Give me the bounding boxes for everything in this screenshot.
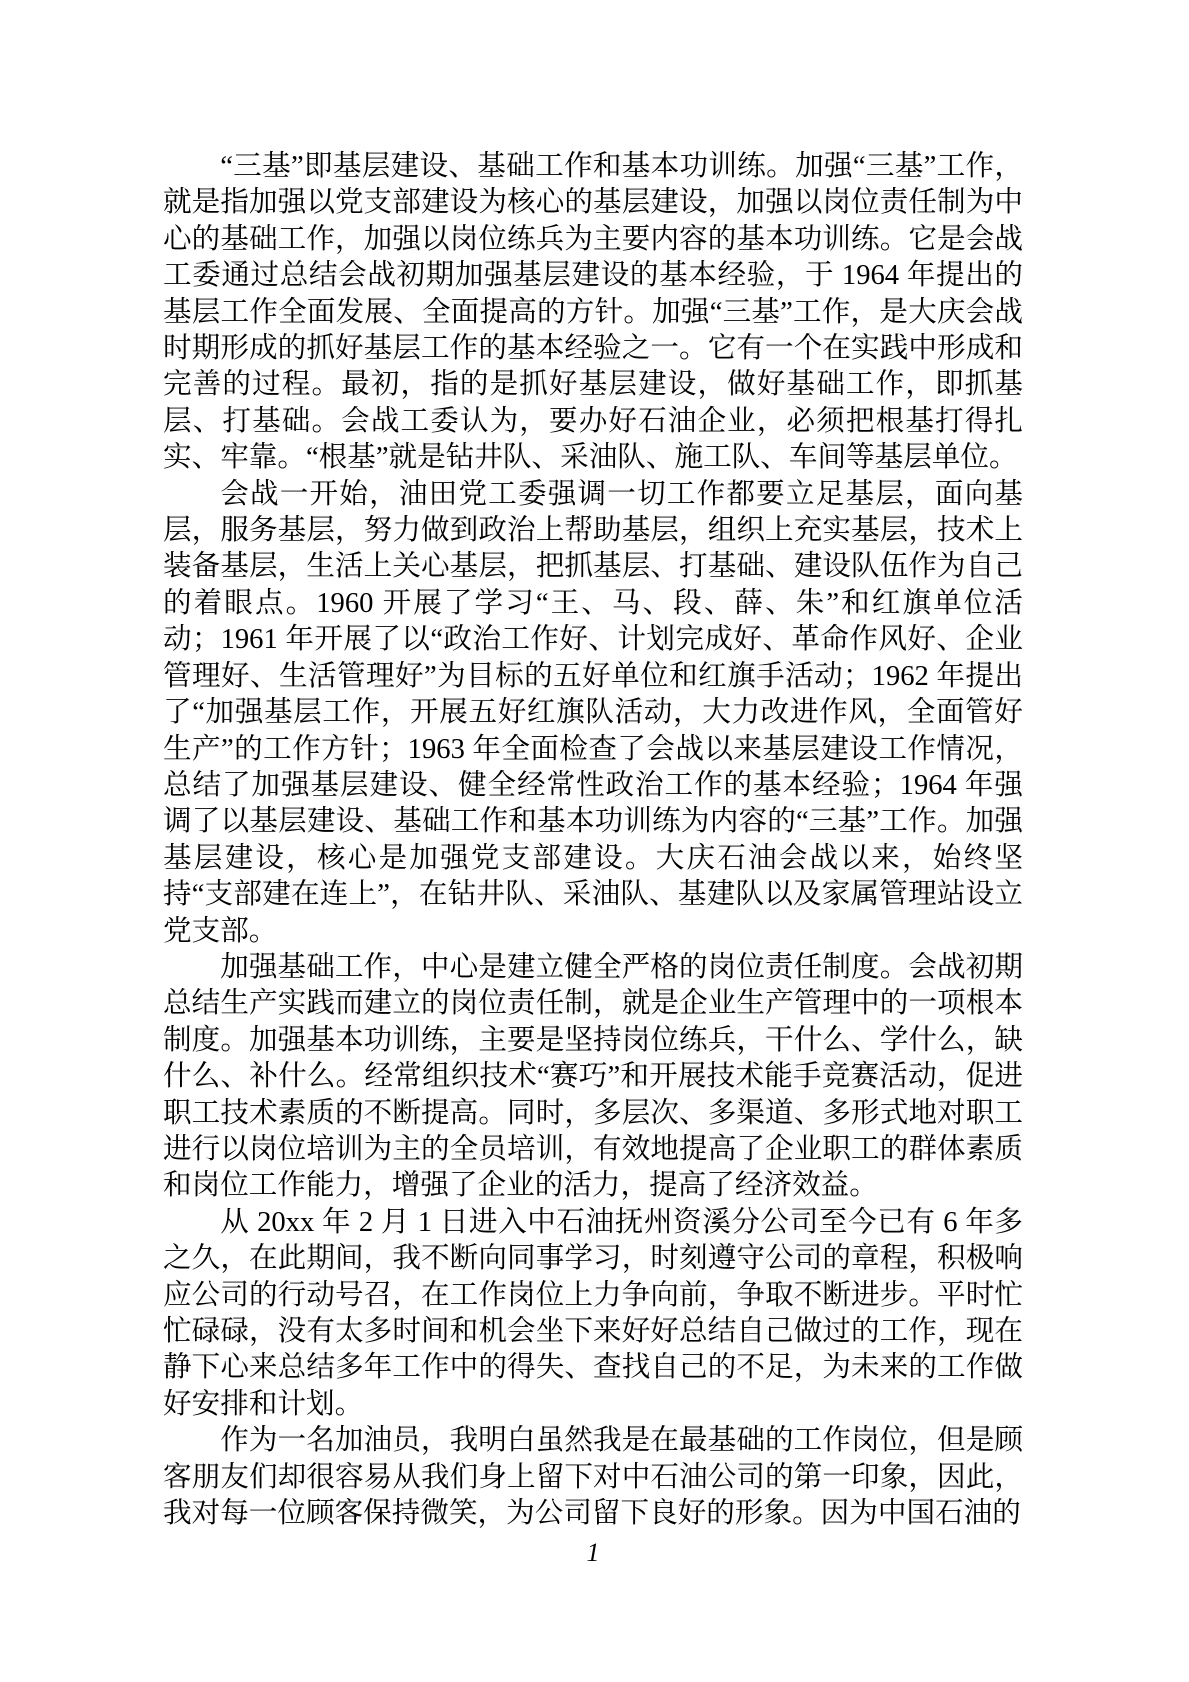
paragraph: 从 20xx 年 2 月 1 日进入中石油抚州资溪分公司至今已有 6 年多之久，… <box>163 1205 1023 1423</box>
page-number: 1 <box>163 1537 1023 1569</box>
paragraph: 加强基础工作，中心是建立健全严格的岗位责任制度。会战初期总结生产实践而建立的岗位… <box>163 950 1023 1205</box>
document-page: “三基”即基层建设、基础工作和基本功训练。加强“三基”工作，就是指加强以党支部建… <box>0 0 1189 1682</box>
paragraph: “三基”即基层建设、基础工作和基本功训练。加强“三基”工作，就是指加强以党支部建… <box>163 149 1023 477</box>
paragraph: 作为一名加油员，我明白虽然我是在最基础的工作岗位，但是顾客朋友们却很容易从我们身… <box>163 1423 1023 1532</box>
paragraph: 会战一开始，油田党工委强调一切工作都要立足基层，面向基层，服务基层，努力做到政治… <box>163 477 1023 950</box>
document-body: “三基”即基层建设、基础工作和基本功训练。加强“三基”工作，就是指加强以党支部建… <box>163 149 1023 1532</box>
